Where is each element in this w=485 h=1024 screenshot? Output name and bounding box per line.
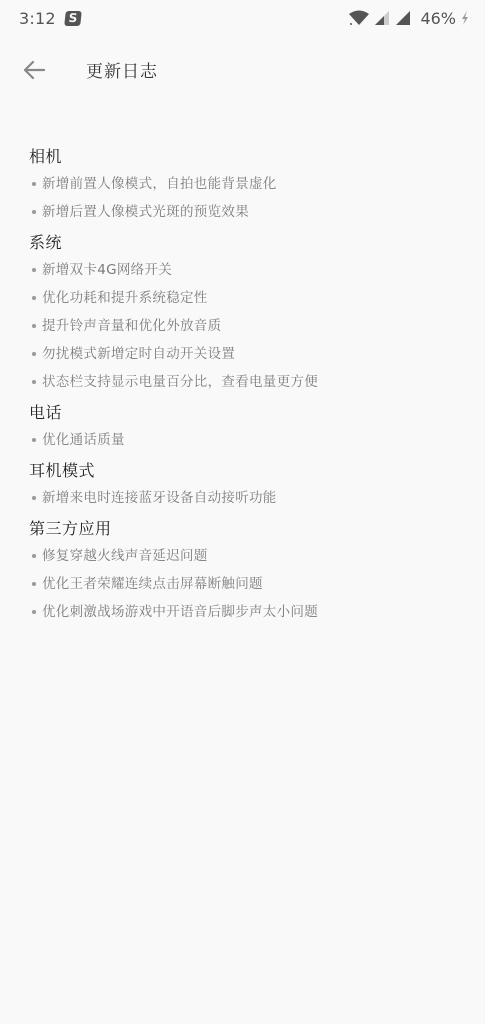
- list-item: 状态栏支持显示电量百分比，查看电量更方便: [29, 368, 465, 396]
- item-text: 勿扰模式新增定时自动开关设置: [42, 340, 235, 368]
- section-title: 耳机模式: [29, 458, 465, 484]
- item-text: 优化通话质量: [42, 426, 125, 454]
- bullet-icon: [32, 324, 36, 328]
- battery-percent: 46%: [420, 9, 456, 28]
- list-item: 优化刺激战场游戏中开语音后脚步声太小问题: [29, 598, 465, 626]
- item-text: 新增后置人像模式光斑的预览效果: [42, 198, 249, 226]
- back-button[interactable]: [20, 56, 48, 84]
- bullet-icon: [32, 496, 36, 500]
- list-item: 新增双卡4G网络开关: [29, 256, 465, 284]
- status-bar-left: 3:12 S: [19, 9, 81, 28]
- list-item: 修复穿越火线声音延迟问题: [29, 542, 465, 570]
- bullet-icon: [32, 380, 36, 384]
- item-text: 优化功耗和提升系统稳定性: [42, 284, 208, 312]
- item-text: 新增来电时连接蓝牙设备自动接听功能: [42, 484, 277, 512]
- changelog-content: 相机 新增前置人像模式，自拍也能背景虚化 新增后置人像模式光斑的预览效果 系统 …: [29, 140, 465, 626]
- list-item: 勿扰模式新增定时自动开关设置: [29, 340, 465, 368]
- app-bar: 更新日志: [0, 36, 485, 102]
- section-third-party-apps: 第三方应用 修复穿越火线声音延迟问题 优化王者荣耀连续点击屏幕断触问题 优化刺激…: [29, 516, 465, 626]
- list-item: 优化通话质量: [29, 426, 465, 454]
- item-text: 提升铃声音量和优化外放音质: [42, 312, 221, 340]
- bullet-icon: [32, 296, 36, 300]
- section-camera: 相机 新增前置人像模式，自拍也能背景虚化 新增后置人像模式光斑的预览效果: [29, 144, 465, 226]
- list-item: 优化王者荣耀连续点击屏幕断触问题: [29, 570, 465, 598]
- list-item: 新增后置人像模式光斑的预览效果: [29, 198, 465, 226]
- item-text: 新增前置人像模式，自拍也能背景虚化: [42, 170, 277, 198]
- bullet-icon: [32, 352, 36, 356]
- s-app-icon: S: [64, 11, 82, 26]
- item-text: 新增双卡4G网络开关: [42, 256, 172, 284]
- section-title: 第三方应用: [29, 516, 465, 542]
- list-item: 新增来电时连接蓝牙设备自动接听功能: [29, 484, 465, 512]
- item-text: 优化王者荣耀连续点击屏幕断触问题: [42, 570, 263, 598]
- list-item: 提升铃声音量和优化外放音质: [29, 312, 465, 340]
- list-item: 新增前置人像模式，自拍也能背景虚化: [29, 170, 465, 198]
- item-text: 状态栏支持显示电量百分比，查看电量更方便: [42, 368, 318, 396]
- signal-sim2-icon: [395, 10, 411, 26]
- bullet-icon: [32, 268, 36, 272]
- bullet-icon: [32, 554, 36, 558]
- bullet-icon: [32, 210, 36, 214]
- item-text: 修复穿越火线声音延迟问题: [42, 542, 208, 570]
- item-text: 优化刺激战场游戏中开语音后脚步声太小问题: [42, 598, 318, 626]
- list-item: 优化功耗和提升系统稳定性: [29, 284, 465, 312]
- section-title: 相机: [29, 144, 465, 170]
- section-phone: 电话 优化通话质量: [29, 400, 465, 454]
- status-bar-right: 46%: [349, 9, 469, 28]
- section-headset-mode: 耳机模式 新增来电时连接蓝牙设备自动接听功能: [29, 458, 465, 512]
- wifi-icon: [349, 10, 369, 26]
- signal-sim1-icon: [374, 10, 390, 26]
- status-bar: 3:12 S 46%: [0, 0, 485, 36]
- bullet-icon: [32, 582, 36, 586]
- status-time: 3:12: [19, 9, 56, 28]
- bullet-icon: [32, 610, 36, 614]
- section-title: 电话: [29, 400, 465, 426]
- arrow-left-icon: [23, 60, 45, 80]
- page-title: 更新日志: [86, 57, 158, 82]
- section-title: 系统: [29, 230, 465, 256]
- charging-bolt-icon: [461, 11, 469, 25]
- section-system: 系统 新增双卡4G网络开关 优化功耗和提升系统稳定性 提升铃声音量和优化外放音质…: [29, 230, 465, 396]
- bullet-icon: [32, 182, 36, 186]
- bullet-icon: [32, 438, 36, 442]
